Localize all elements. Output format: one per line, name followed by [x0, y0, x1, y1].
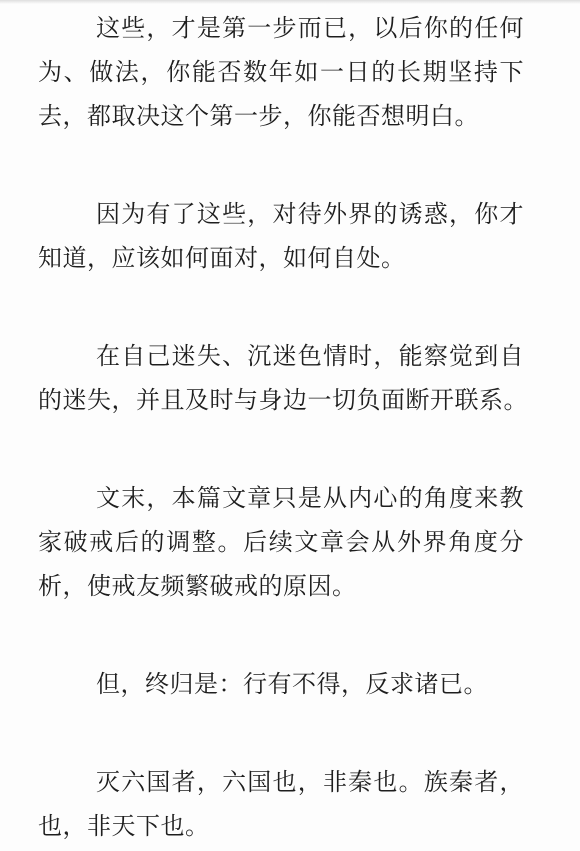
- text-line: 但，终归是：行有不得，反求诸已。: [38, 663, 524, 707]
- text-line: 的迷失，并且及时与身边一切负面断开联系。: [38, 379, 524, 423]
- text-line: 灭六国者，六国也，非秦也。族秦者，秦: [38, 761, 524, 805]
- paragraph: 这些，才是第一步而已，以后你的任何行 为、做法，你能否数年如一日的长期坚持下 去…: [38, 7, 524, 139]
- paragraph: 灭六国者，六国也，非秦也。族秦者，秦 也，非天下也。: [38, 761, 524, 849]
- paragraph: 但，终归是：行有不得，反求诸已。: [38, 663, 524, 707]
- text-line: 知道，应该如何面对，如何自处。: [38, 237, 524, 281]
- text-line: 这些，才是第一步而已，以后你的任何行: [38, 7, 524, 51]
- text-line: 也，非天下也。: [38, 805, 524, 849]
- text-line: 为、做法，你能否数年如一日的长期坚持下: [38, 51, 524, 95]
- article-page: 这些，才是第一步而已，以后你的任何行 为、做法，你能否数年如一日的长期坚持下 去…: [0, 0, 580, 851]
- text-line: 析，使戒友频繁破戒的原因。: [38, 565, 524, 609]
- article-content: 这些，才是第一步而已，以后你的任何行 为、做法，你能否数年如一日的长期坚持下 去…: [0, 0, 580, 849]
- text-line: 因为有了这些，对待外界的诱惑，你才能: [38, 193, 524, 237]
- paragraph: 在自己迷失、沉迷色情时，能察觉到自己 的迷失，并且及时与身边一切负面断开联系。: [38, 335, 524, 423]
- text-line: 去，都取决这个第一步，你能否想明白。: [38, 95, 524, 139]
- top-edge-shade: [0, 0, 580, 4]
- paragraph: 因为有了这些，对待外界的诱惑，你才能 知道，应该如何面对，如何自处。: [38, 193, 524, 281]
- paragraph: 文末，本篇文章只是从内心的角度来教大 家破戒后的调整。后续文章会从外界角度分 析…: [38, 477, 524, 609]
- text-line: 在自己迷失、沉迷色情时，能察觉到自己: [38, 335, 524, 379]
- text-line: 家破戒后的调整。后续文章会从外界角度分: [38, 521, 524, 565]
- text-line: 文末，本篇文章只是从内心的角度来教大: [38, 477, 524, 521]
